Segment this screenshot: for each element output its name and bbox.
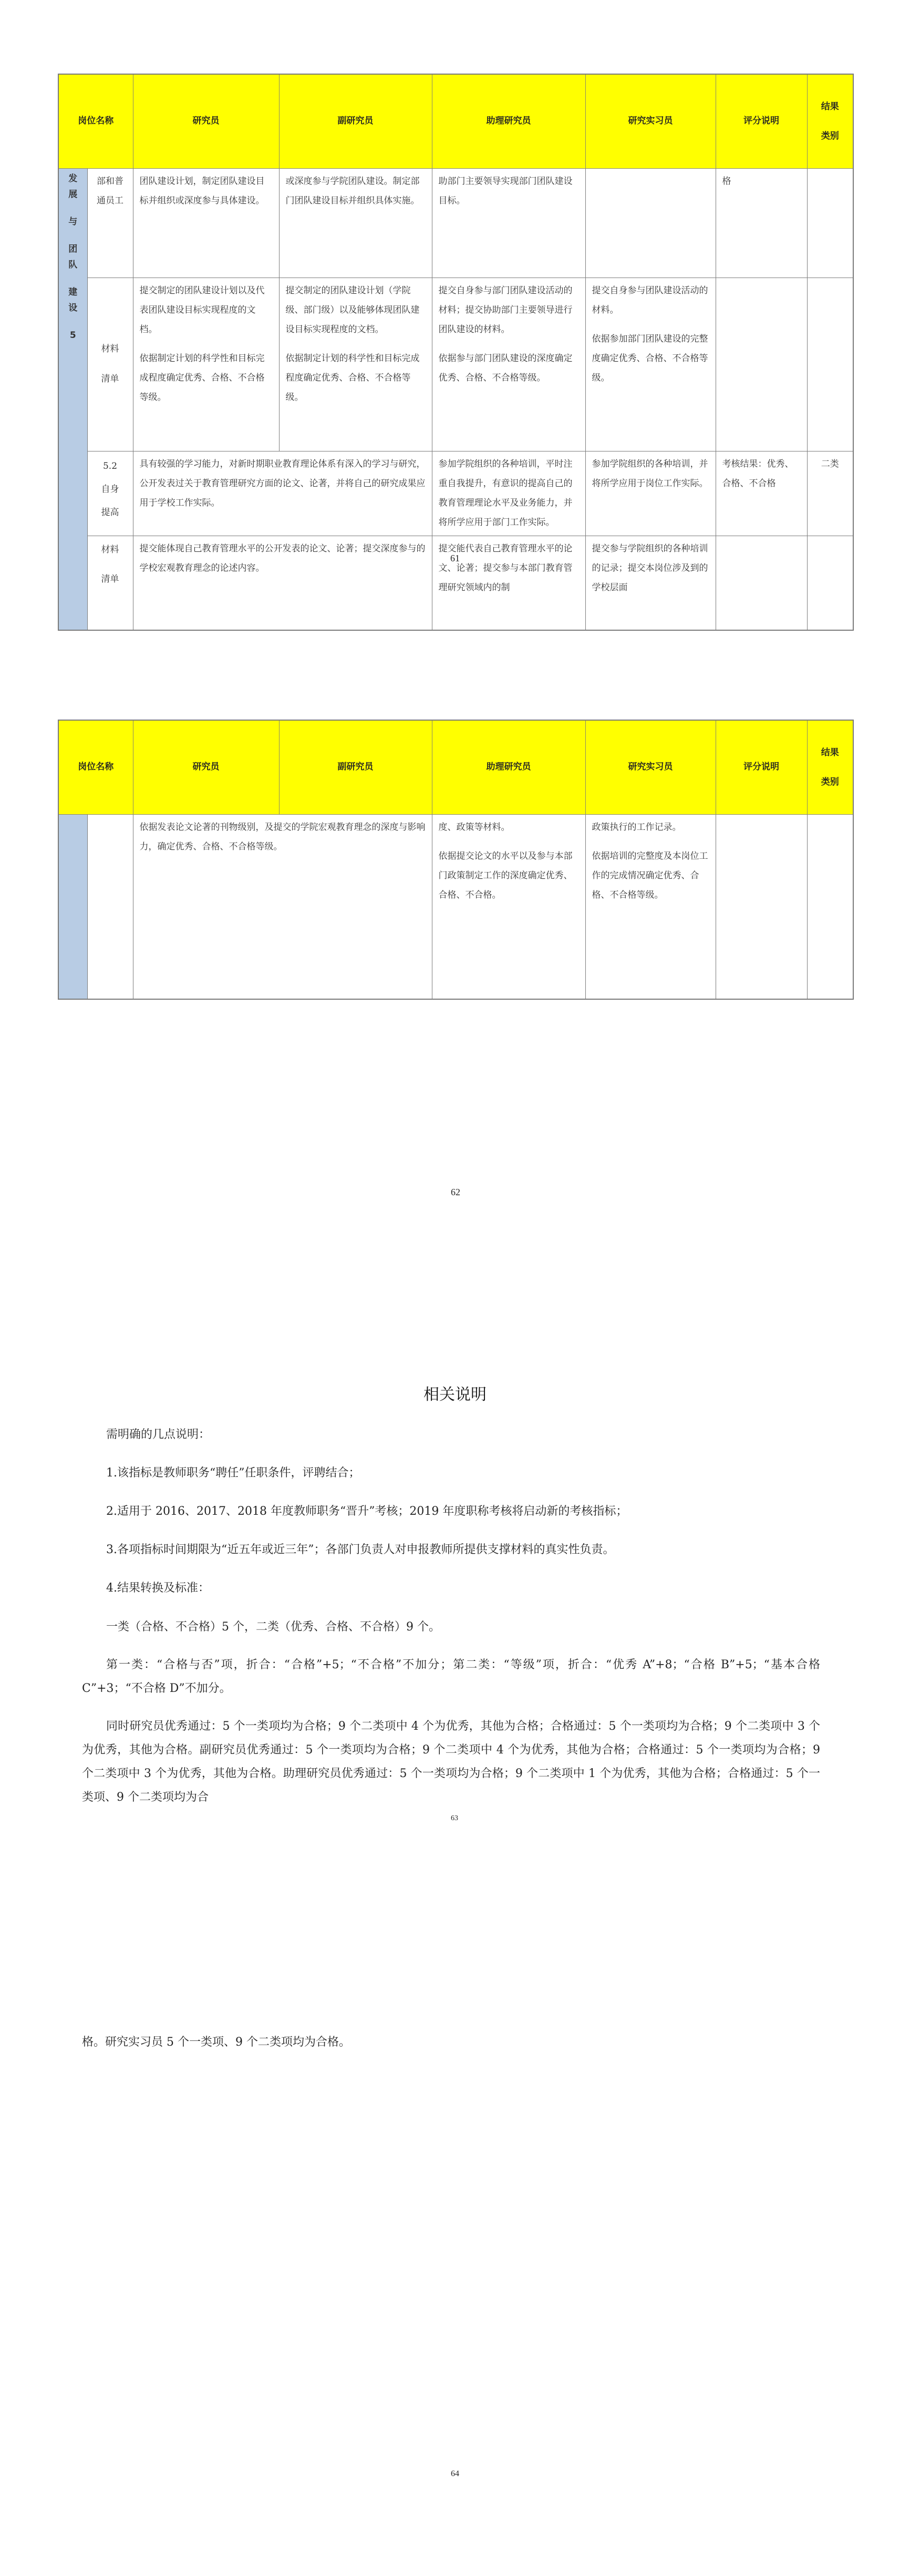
evaluation-table-page-62: 岗位名称 研究员 副研究员 助理研究员 研究实习员 评分说明 结果 类别 依据发… [58,720,854,1000]
header-post-name: 岗位名称 [58,720,133,814]
pass-rule-text: 同时研究员优秀通过：5 个一类项均为合格；9 个二类项中 4 个为优秀，其他为合… [82,1715,820,1809]
cell-scoring [716,278,807,451]
sub-item-label: 材料 清单 [87,278,133,451]
header-research-intern: 研究实习员 [585,720,716,814]
cell-intern: 提交参与学院组织的各种培训的记录；提交本岗位涉及到的学校层面 [585,536,716,630]
page-number: 64 [451,2469,459,2479]
table-row: 依据发表论文论著的刊物级别，及提交的学院宏观教育理念的深度与影响力，确定优秀、合… [58,814,853,999]
cell-scoring [716,536,807,630]
category-cell [58,814,87,999]
header-associate-researcher: 副研究员 [279,74,432,168]
cell-category [807,814,853,999]
header-scoring-note: 评分说明 [716,720,807,814]
header-researcher: 研究员 [133,720,279,814]
cell-assistant: 助部门主要领导实现部门团队建设目标。 [432,168,585,278]
category-count-text: 一类（合格、不合格）5 个，二类（优秀、合格、不合格）9 个。 [82,1619,818,1636]
page-number: 61 [450,553,460,564]
cell-category: 二类 [807,451,853,536]
cell-researcher-associate: 依据发表论文论著的刊物级别，及提交的学院宏观教育理念的深度与影响力，确定优秀、合… [133,814,432,999]
cell-scoring [716,814,807,999]
category-cell: 发 展 与 团 队 建 设 5 [58,168,87,630]
cell-researcher-associate: 具有较强的学习能力，对新时期职业教育理论体系有深入的学习与研究，公开发表过关于教… [133,451,432,536]
cell-intern: 参加学院组织的各种培训，并将所学应用于岗位工作实际。 [585,451,716,536]
cell-category [807,278,853,451]
sub-item-label: 5.2 自身 提高 [87,451,133,536]
sub-item-label: 材料 清单 [87,536,133,630]
page-number: 62 [451,1187,460,1198]
header-result-category: 结果 类别 [807,720,853,814]
cell-researcher: 团队建设计划，制定团队建设目标并组织或深度参与具体建设。 [133,168,279,278]
table-row: 5.2 自身 提高 具有较强的学习能力，对新时期职业教育理论体系有深入的学习与研… [58,451,853,536]
cell-intern: 政策执行的工作记录。 依据培训的完整度及本岗位工作的完成情况确定优秀、合格、不合… [585,814,716,999]
sub-item-label [87,814,133,999]
header-assistant-researcher: 助理研究员 [432,74,585,168]
header-research-intern: 研究实习员 [585,74,716,168]
header-post-name: 岗位名称 [58,74,133,168]
cell-researcher-associate: 提交能体现自己教育管理水平的公开发表的论文、论著；提交深度参与的学校宏观教育理念… [133,536,432,630]
cell-scoring: 考核结果：优秀、合格、不合格 [716,451,807,536]
header-result-category: 结果 类别 [807,74,853,168]
cell-assistant: 提交自身参与部门团队建设活动的材料；提交协助部门主要领导进行团队建设的材料。 依… [432,278,585,451]
cell-category [807,168,853,278]
table-row: 发 展 与 团 队 建 设 5 部和普通员工 团队建设计划，制定团队建设目标并组… [58,168,853,278]
note-item-4: 4.结果转换及标准： [82,1580,818,1597]
cell-assistant: 提交能代表自己教育管理水平的论文、论著；提交参与本部门教育管理研究领域内的制 [432,536,585,630]
cell-researcher: 提交制定的团队建设计划以及代表团队建设目标实现程度的文档。 依据制定计划的科学性… [133,278,279,451]
cell-associate: 或深度参与学院团队建设。制定部门团队建设目标并组织具体实施。 [279,168,432,278]
table-header-row: 岗位名称 研究员 副研究员 助理研究员 研究实习员 评分说明 结果 类别 [58,74,853,168]
intro-text: 需明确的几点说明： [82,1426,818,1443]
note-item-1: 1.该指标是教师职务“聘任”任职条件，评聘结合； [82,1465,818,1482]
evaluation-table-page-61: 岗位名称 研究员 副研究员 助理研究员 研究实习员 评分说明 结果 类别 发 展… [58,74,854,631]
cell-intern [585,168,716,278]
scoring-rule-text: 第一类：“合格与否”项，折合：“合格”+5；“不合格”不加分；第二类：“等级”项… [82,1653,820,1700]
table-header-row: 岗位名称 研究员 副研究员 助理研究员 研究实习员 评分说明 结果 类别 [58,720,853,814]
cell-scoring: 格 [716,168,807,278]
table-row: 材料 清单 提交制定的团队建设计划以及代表团队建设目标实现程度的文档。 依据制定… [58,278,853,451]
header-scoring-note: 评分说明 [716,74,807,168]
page-number: 63 [451,1814,458,1823]
cell-associate: 提交制定的团队建设计划（学院级、部门级）以及能够体现团队建设目标实现程度的文档。… [279,278,432,451]
header-researcher: 研究员 [133,74,279,168]
page-title: 相关说明 [0,1381,910,1404]
note-item-3: 3.各项指标时间期限为“近五年或近三年”；各部门负责人对申报教师所提供支撑材料的… [82,1542,818,1558]
continuation-text: 格。研究实习员 5 个一类项、9 个二类项均为合格。 [82,2034,818,2051]
sub-item-label: 部和普通员工 [87,168,133,278]
cell-category [807,536,853,630]
header-associate-researcher: 副研究员 [279,720,432,814]
cell-intern: 提交自身参与团队建设活动的材料。 依据参加部门团队建设的完整度确定优秀、合格、不… [585,278,716,451]
cell-assistant: 参加学院组织的各种培训，平时注重自我提升，有意识的提高自己的教育管理理论水平及业… [432,451,585,536]
note-item-2: 2.适用于 2016、2017、2018 年度教师职务“晋升”考核；2019 年… [82,1503,818,1520]
header-assistant-researcher: 助理研究员 [432,720,585,814]
cell-assistant: 度、政策等材料。 依据提交论文的水平以及参与本部门政策制定工作的深度确定优秀、合… [432,814,585,999]
table-row: 材料 清单 提交能体现自己教育管理水平的公开发表的论文、论著；提交深度参与的学校… [58,536,853,630]
